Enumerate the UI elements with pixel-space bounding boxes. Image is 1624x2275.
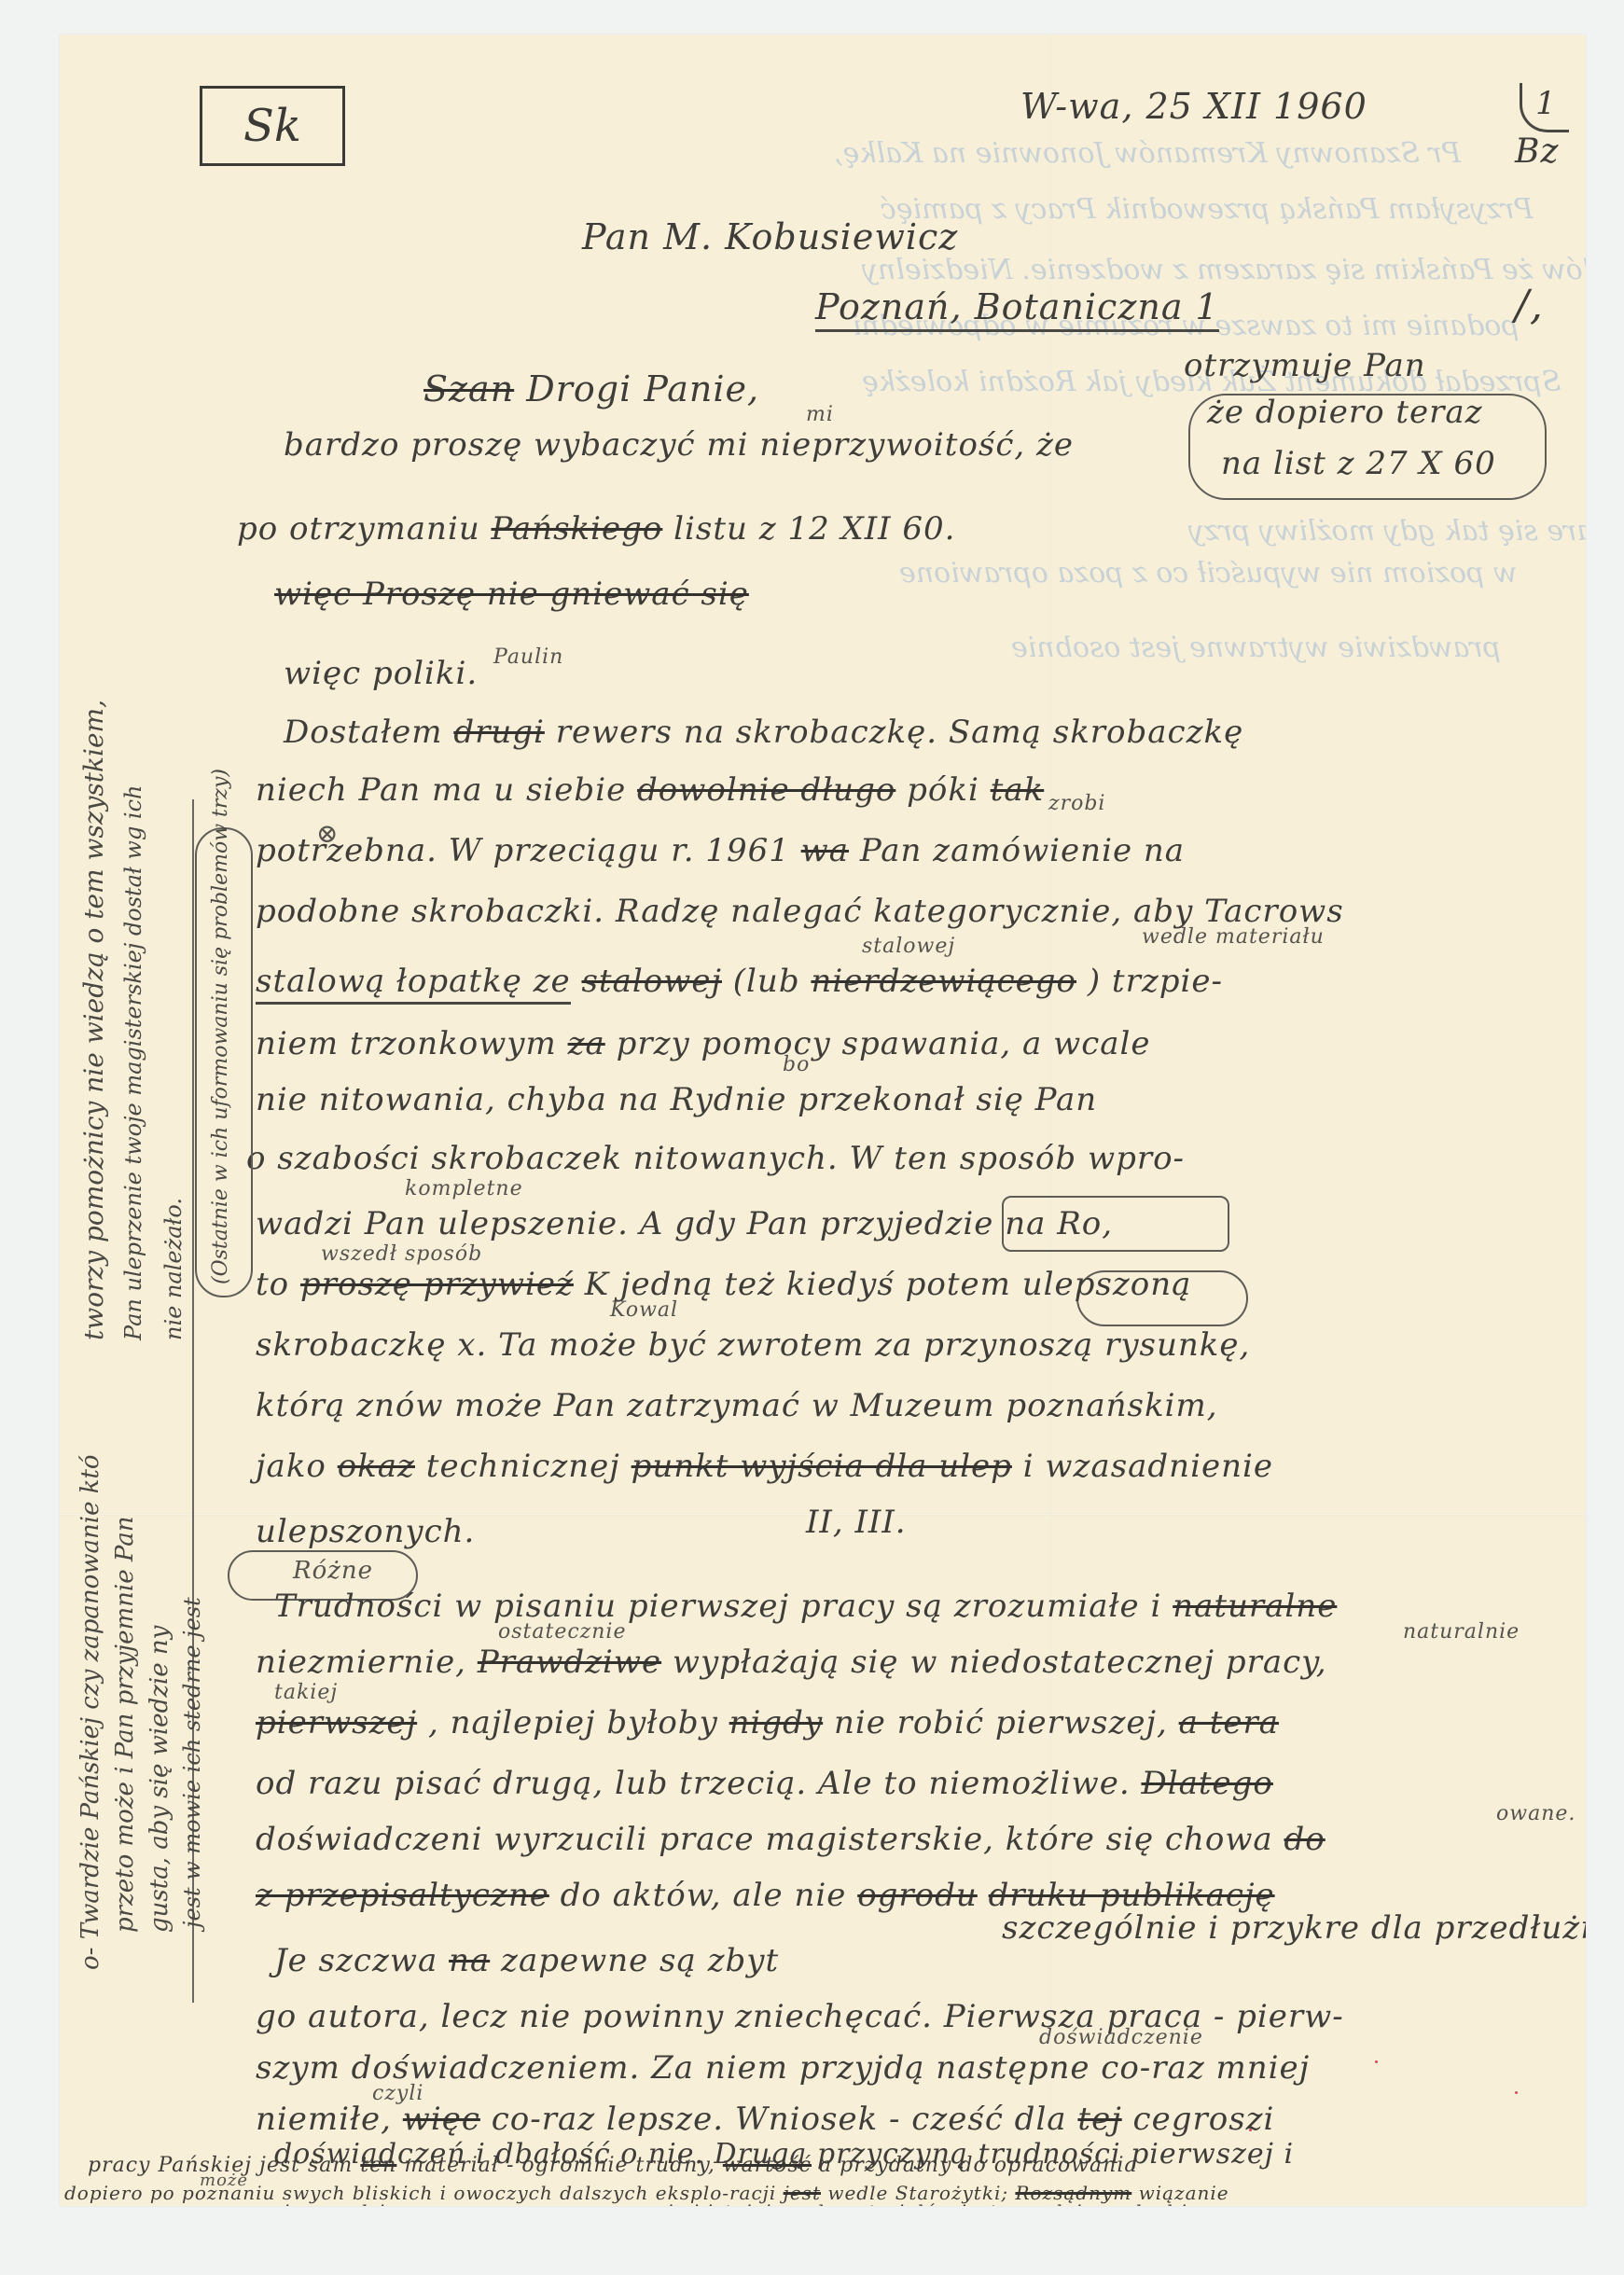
addressee-address-text: Poznań, Botaniczna 1: [815, 286, 1219, 332]
text-fragment: do aktów, ale nie: [561, 1877, 847, 1914]
struck-fragment: za: [568, 1025, 605, 1062]
margin-note-vertical: Pan uleprzenie twoje magisterskiej dosta…: [120, 784, 146, 1340]
body-line: niem trzonkowym za przy pomocy spawania,…: [256, 1025, 1151, 1062]
text-fragment: listu z 12 XII 60.: [673, 510, 955, 548]
text-fragment: Pan zamówienie na: [860, 832, 1185, 869]
text-fragment: zapewne są zbyt: [501, 1942, 779, 1979]
text-fragment: po otrzymaniu: [237, 510, 480, 548]
place-date: W-wa, 25 XII 1960: [1020, 86, 1367, 127]
body-line: Dostałem drugi rewers na skrobaczkę. Sam…: [284, 714, 1243, 751]
body-line: jako okaz technicznej punkt wyjścia dla …: [256, 1448, 1273, 1485]
text-fragment: niem trzonkowym: [256, 1025, 557, 1062]
text-fragment: nie robić pierwszej,: [834, 1704, 1168, 1741]
body-line-struck: więc Proszę nie gniewać się: [274, 576, 749, 613]
foxing-spot: [1249, 2129, 1252, 2131]
text-fragment: (lub: [733, 963, 800, 1000]
text-fragment: wypłażają się w niedostatecznej pracy,: [673, 1644, 1327, 1681]
body-line: niech Pan ma u siebie dowolnie długo pók…: [256, 771, 1044, 809]
struck-fragment: nierdzewiącego: [811, 963, 1076, 1000]
text-fragment: to: [256, 1266, 289, 1303]
struck-fragment: naturalne: [1173, 1588, 1337, 1625]
body-line: Trudności w pisaniu pierwszej pracy są z…: [274, 1588, 1337, 1625]
text-fragment: doświadczeni wyrzucili prace magisterski…: [256, 1821, 1273, 1858]
body-line: pierwszej , najlepiej byłoby nigdy nie r…: [256, 1704, 1279, 1741]
insertion-kompletne: kompletne: [405, 1177, 523, 1200]
body-line: doświadczeni wyrzucili prace magisterski…: [256, 1821, 1326, 1858]
struck-fragment: ten: [360, 2154, 396, 2177]
bleed-through-line: Przysyłam Pańską przewodnik Pracy z pami…: [881, 193, 1534, 226]
struck-fragment: drugi: [453, 714, 545, 751]
body-line: niezmiernie, Prawdziwe wypłażają się w n…: [256, 1644, 1327, 1681]
bleed-through-line: powodów że Pańskim się zarazem z wodzeni…: [862, 254, 1586, 286]
letter-paper: Pr Szanowny Kremanów Jonownie na Kalkę, …: [60, 35, 1586, 2206]
body-line: potrzebna. W przeciągu r. 1961 wa Pan za…: [256, 832, 1185, 869]
text-fragment: przy pomocy spawania, a wcale: [617, 1025, 1151, 1062]
text-fragment: niemiłe,: [256, 2101, 392, 2138]
insertion-wszedl-sposob: wszedł sposób: [321, 1242, 482, 1266]
bleed-through-line: w poziom nie wypuścił co z poza oprawion…: [899, 557, 1517, 590]
body-line: to proszę przywieź K jedną też kiedyś po…: [256, 1266, 1191, 1303]
text-fragment: jako: [256, 1448, 326, 1485]
struck-fragment: Dlatego: [1141, 1765, 1272, 1802]
struck-fragment: wartość: [723, 2154, 812, 2177]
margin-note-vertical: gusta, aby się wiedzie ny: [146, 1626, 174, 1933]
archive-mark-box: Sk: [200, 86, 345, 166]
insertion-kowal: Kowal: [610, 1298, 678, 1322]
text-fragment: K jedną też kiedyś potem ulepszoną: [585, 1266, 1192, 1303]
corner-initials: Bz: [1515, 132, 1559, 171]
insertion-paulin: Paulin: [493, 645, 563, 669]
struck-fragment: więc Proszę nie gniewać się: [274, 576, 749, 613]
insertion-doswiadczenie: doświadczenie: [1039, 2026, 1203, 2049]
body-line: którą znów może Pan zatrzymać w Muzeum p…: [256, 1387, 1218, 1424]
struck-fragment: wa: [801, 832, 849, 869]
text-fragment: Je szczwa: [274, 1942, 437, 1979]
greeting-struck: Szan: [423, 368, 514, 409]
insertion-zrobi: zrobi: [1048, 792, 1105, 815]
text-fragment: , najlepiej byłoby: [428, 1704, 718, 1741]
struck-fragment: stalowej: [581, 963, 722, 1000]
text-fragment: niech Pan ma u siebie: [256, 771, 626, 809]
body-line: Je szczwa na zapewne są zbyt: [274, 1942, 779, 1979]
margin-note-vertical: przeto może i Pan przyjemnie Pan: [111, 1517, 139, 1933]
greeting: Szan Drogi Panie,: [423, 368, 759, 409]
margin-note-vertical: tworzy pomożnicy nie wiedzą o tem wszyst…: [78, 700, 109, 1340]
struck-fragment: okaz: [338, 1448, 415, 1485]
bottom-line: i narzędziem sensownego opracowania i is…: [284, 2200, 1209, 2206]
page-number: 1: [1520, 83, 1569, 132]
text-fragment: póki: [907, 771, 979, 809]
marginal-x-mark: ⊗: [316, 818, 339, 849]
insertion-wedle-materialu: wedle materiału: [1142, 925, 1325, 949]
struck-fragment: a tera: [1179, 1704, 1279, 1741]
text-fragment: niezmiernie,: [256, 1644, 466, 1681]
insertion-bo: bo: [783, 1053, 810, 1076]
body-line: od razu pisać drugą, lub trzecią. Ale to…: [256, 1765, 1273, 1802]
archive-mark: Sk: [243, 100, 301, 152]
margin-note-vertical: o- Twardzie Pańskiej czy zapanowanie któ: [76, 1454, 104, 1970]
struck-fragment: druku publikację: [989, 1877, 1275, 1914]
bleed-through-line: Pr Szanowny Kremanów Jonownie na Kalkę,: [834, 137, 1461, 170]
body-line: szczególnie i przykre dla przedłużre: [1002, 1909, 1586, 1947]
struck-fragment: Prawdziwe: [478, 1644, 661, 1681]
insertion-owane: owane.: [1496, 1802, 1575, 1825]
foxing-spot: [1375, 2060, 1378, 2063]
struck-fragment: z przepisaltyczne: [256, 1877, 549, 1914]
body-line: niemiłe, więc co-raz lepsze. Wniosek - c…: [256, 2101, 1274, 2138]
struck-fragment: tak: [991, 771, 1045, 809]
body-line: wadzi Pan ulepszenie. A gdy Pan przyjedz…: [256, 1205, 1113, 1242]
insertion-takiej: takiej: [274, 1681, 338, 1704]
text-fragment: od razu pisać drugą, lub trzecią. Ale to…: [256, 1765, 1131, 1802]
struck-fragment: Pańskiego: [492, 510, 663, 548]
insertion-rozne: Różne: [293, 1557, 373, 1585]
struck-fragment: dowolnie długo: [637, 771, 895, 809]
addressee-address: Poznań, Botaniczna 1: [815, 286, 1219, 327]
insertion-na-list: na list z 27 X 60: [1221, 445, 1496, 482]
text-fragment: stalową łopatkę ze: [256, 963, 571, 1005]
bleed-through-line: stare się tak gdy możliwy przy: [1188, 515, 1586, 548]
right-margin-mark: /,: [1515, 282, 1544, 329]
body-line: szym doświadczeniem. Za niem przyjdą nas…: [256, 2049, 1310, 2087]
insertion-otrzymuje: otrzymuje Pan: [1184, 347, 1426, 384]
struck-fragment: pierwszej: [256, 1704, 417, 1741]
struck-fragment: ogrodu: [857, 1877, 978, 1914]
text-fragment: cegroszi: [1133, 2101, 1275, 2138]
struck-fragment: więc: [403, 2101, 480, 2138]
bleed-through-line: prawdziwie wytrawne jest osobnie: [1011, 631, 1501, 664]
foxing-spot: [1515, 2091, 1518, 2094]
struck-fragment: nigdy: [729, 1704, 824, 1741]
body-line: nie nitowania, chyba na Rydnie przekonał…: [256, 1081, 1097, 1118]
body-line: więc poliki.: [284, 655, 478, 692]
struck-fragment: punkt wyjścia dla ulep: [632, 1448, 1012, 1485]
struck-fragment: do: [1284, 1821, 1326, 1858]
struck-fragment: proszę przywieź: [300, 1266, 574, 1303]
body-line: bardzo proszę wybaczyć mi nieprzywoitość…: [284, 426, 1074, 464]
text-fragment: a przydatny do opracowania: [819, 2154, 1137, 2177]
margin-note-vertical-oval: (Ostatnie w ich uformowaniu się problemó…: [209, 769, 232, 1284]
margin-note-vertical: jest w mowie ich stedrne jest: [179, 1597, 205, 1928]
body-line: stalową łopatkę ze stalowej (lub nierdze…: [256, 963, 1223, 1000]
insertion-mi: mi: [806, 403, 834, 426]
section-heading-roman: II, III.: [806, 1504, 907, 1541]
text-fragment: Trudności w pisaniu pierwszej pracy są z…: [274, 1588, 1161, 1625]
text-fragment: rewers na skrobaczkę. Samą skrobaczkę: [556, 714, 1244, 751]
text-fragment: co-raz lepsze. Wniosek - cześć dla: [492, 2101, 1067, 2138]
addressee-name: Pan M. Kobusiewicz: [582, 216, 958, 257]
insertion-ze-dopiero: że dopiero teraz: [1207, 394, 1483, 431]
body-line: z przepisaltyczne do aktów, ale nie ogro…: [256, 1877, 1275, 1914]
body-line: po otrzymaniu Pańskiego listu z 12 XII 6…: [237, 510, 955, 548]
text-fragment: technicznej: [426, 1448, 620, 1485]
struck-fragment: tej: [1077, 2101, 1121, 2138]
text-fragment: i wzasadnienie: [1023, 1448, 1273, 1485]
insertion-naturalnie: naturalnie: [1403, 1620, 1520, 1644]
text-fragment: materiał - ogromnie trudny,: [404, 2154, 715, 2177]
struck-fragment: na: [449, 1942, 490, 1979]
body-line: ulepszonych.: [256, 1513, 475, 1550]
box-insertion: [1002, 1196, 1229, 1252]
insertion-stalowej: stalowej: [862, 935, 955, 958]
margin-note-vertical: nie należało.: [160, 1198, 187, 1340]
greeting-text: Drogi Panie,: [526, 368, 759, 409]
body-line: skrobaczkę x. Ta może być zwrotem za prz…: [256, 1326, 1250, 1364]
text-fragment: ) trzpie-: [1088, 963, 1223, 1000]
text-fragment: Dostałem: [284, 714, 443, 751]
insertion-ostatecznie: ostatecznie: [498, 1620, 627, 1644]
body-line: podobne skrobaczki. Radzę nalegać katego…: [256, 893, 1344, 930]
body-line: o szabości skrobaczek nitowanych. W ten …: [246, 1140, 1185, 1177]
